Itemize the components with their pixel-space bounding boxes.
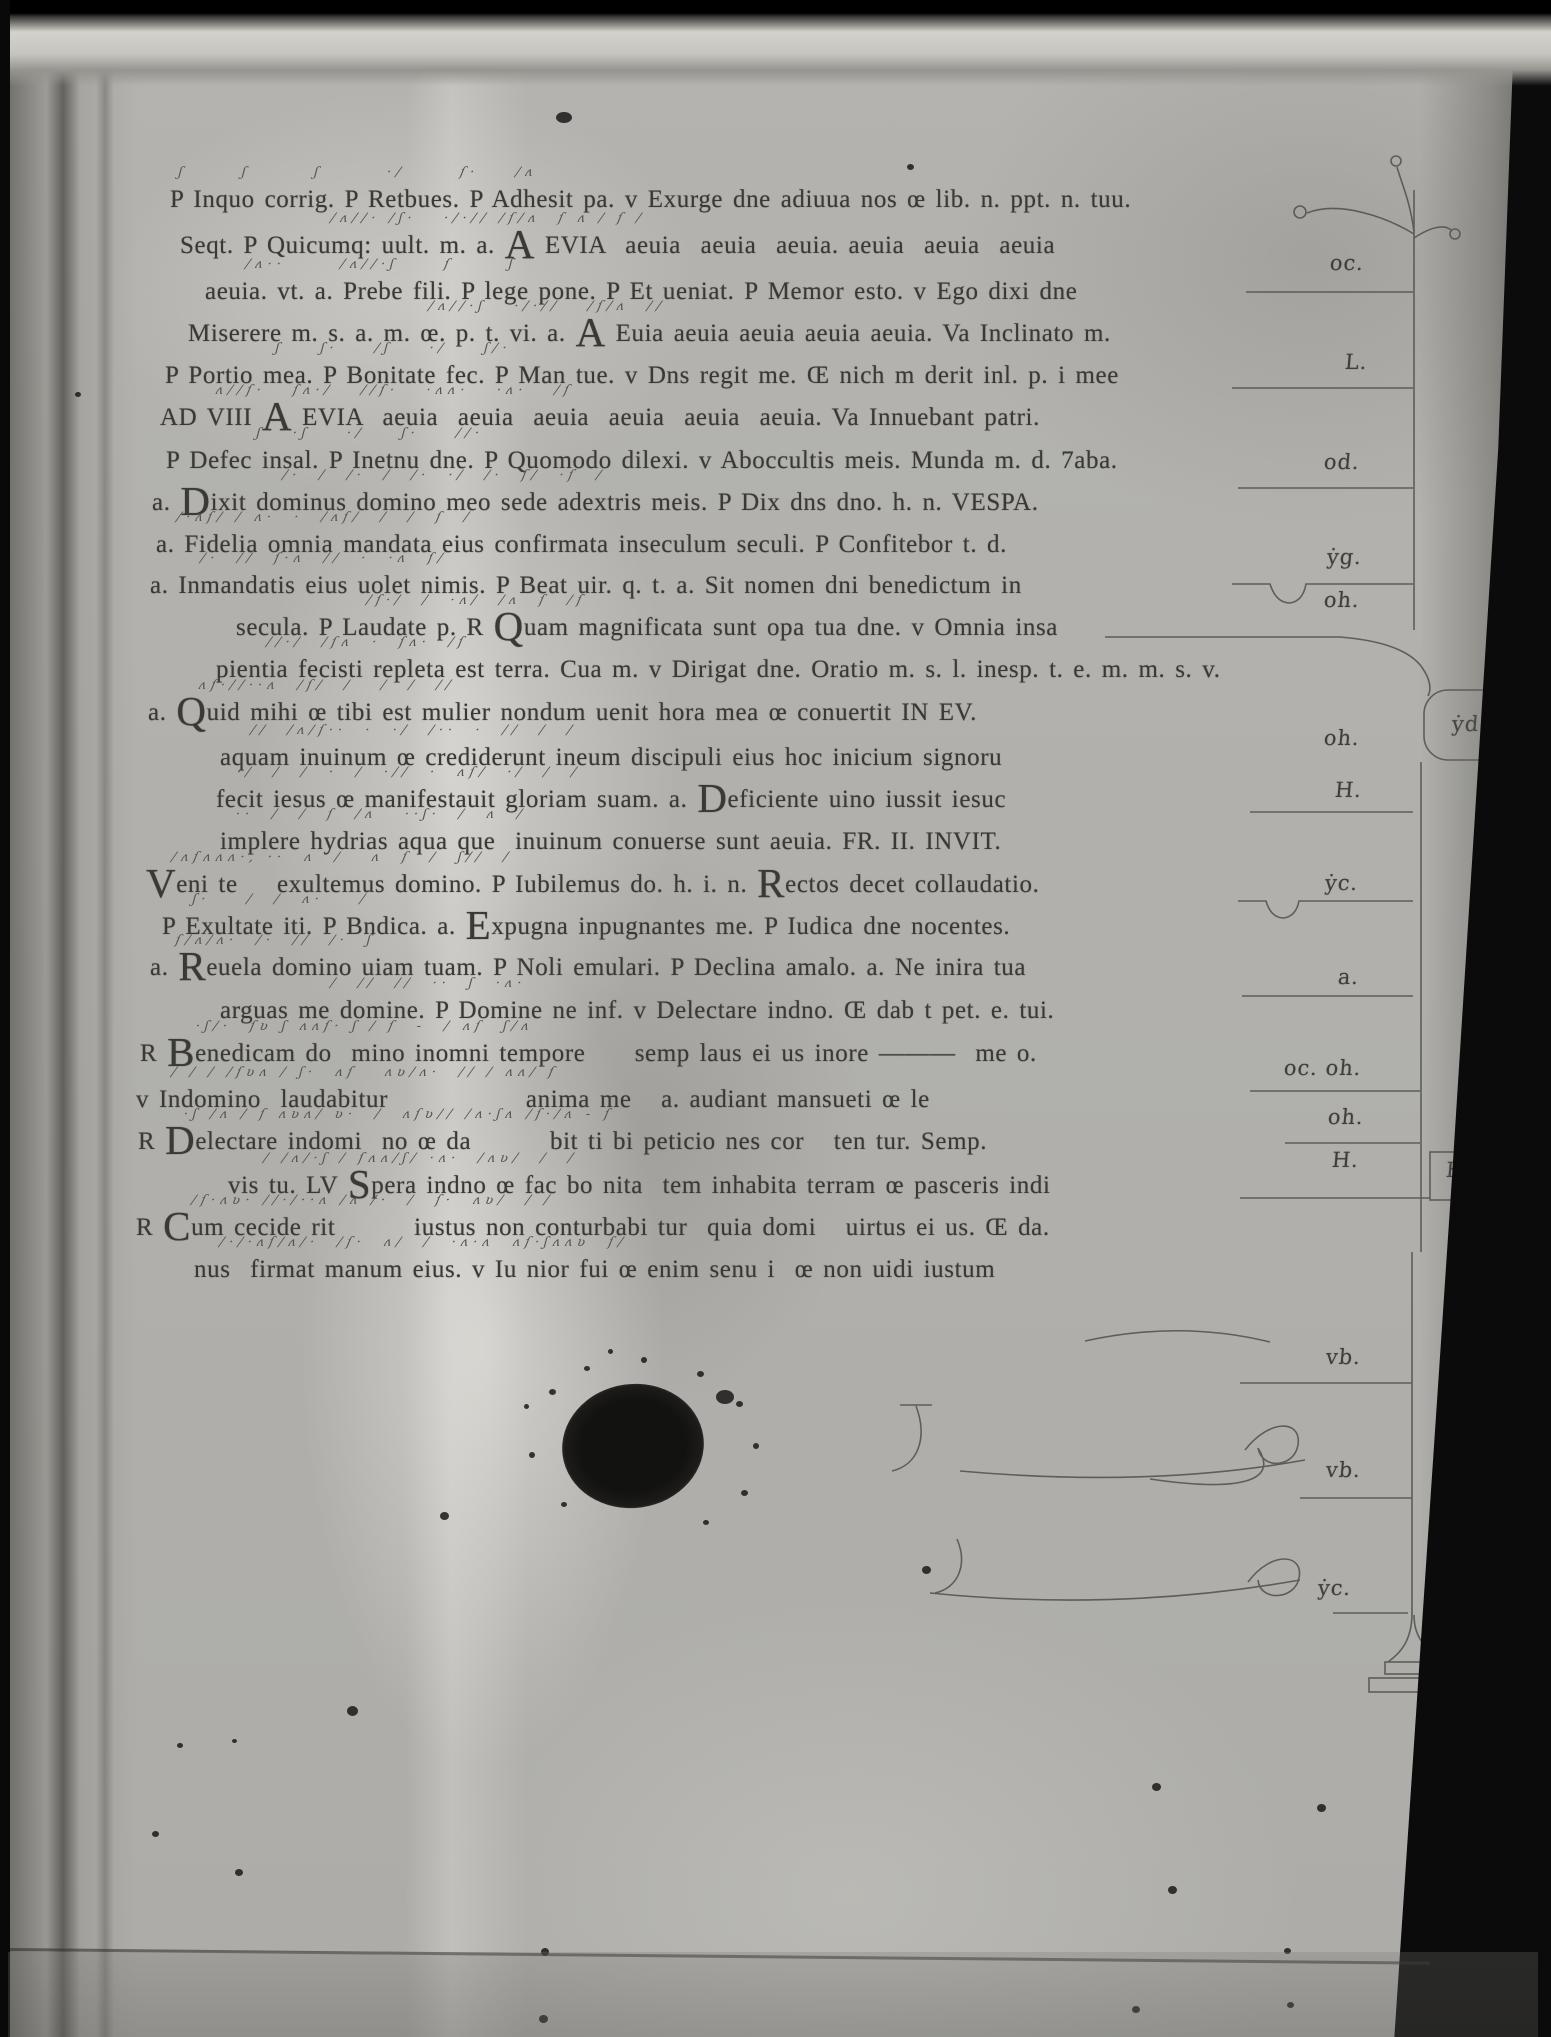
margin-label: L. bbox=[1344, 350, 1369, 374]
margin-label: oh. bbox=[1323, 726, 1361, 750]
margin-label: oc. oh. bbox=[1283, 1056, 1363, 1080]
ink-speck bbox=[697, 1371, 704, 1377]
margin-label: oc. bbox=[1329, 251, 1365, 275]
margin-label: a. bbox=[1337, 965, 1360, 989]
ink-speck bbox=[235, 1869, 243, 1876]
j-mark-line23 bbox=[892, 1405, 932, 1471]
margin-label: H. bbox=[1331, 1148, 1360, 1172]
ink-speck bbox=[177, 1743, 183, 1748]
ink-speck bbox=[1168, 1886, 1177, 1894]
ink-speck bbox=[232, 1739, 237, 1743]
margin-label: H. bbox=[1334, 778, 1363, 802]
ink-speck bbox=[741, 1490, 748, 1496]
ink-speck bbox=[529, 1452, 535, 1458]
ink-speck bbox=[347, 1706, 358, 1716]
ink-speck bbox=[152, 1831, 159, 1837]
ink-speck bbox=[440, 1512, 449, 1520]
ink-speck bbox=[922, 1566, 931, 1574]
parchment-tail-edge bbox=[8, 1952, 1538, 2037]
ink-speck bbox=[716, 1390, 734, 1404]
j-mark-line25 bbox=[935, 1539, 961, 1593]
photo-top-edge bbox=[0, 0, 1551, 86]
ink-speck bbox=[1152, 1783, 1161, 1791]
ink-speck bbox=[524, 1404, 529, 1409]
ink-speck bbox=[549, 1389, 556, 1395]
margin-label: vb. bbox=[1325, 1458, 1362, 1482]
ink-speck bbox=[703, 1520, 709, 1525]
manuscript-photo: ʃ ʃ ʃ ·∕ ſ· ∕ʌP Inquo corrig. P Retbues.… bbox=[0, 0, 1551, 2037]
flourish-line21 bbox=[1085, 1331, 1270, 1342]
margin-label: oh. bbox=[1323, 588, 1361, 612]
margin-label: od. bbox=[1323, 450, 1361, 474]
ink-speck bbox=[753, 1443, 759, 1449]
margin-label: ẏc. bbox=[1324, 871, 1359, 895]
photo-left-edge bbox=[0, 0, 10, 2037]
ink-speck bbox=[584, 1366, 590, 1371]
ink-speck bbox=[75, 392, 81, 397]
ink-speck bbox=[608, 1349, 613, 1354]
margin-ruling-svg bbox=[0, 0, 1551, 2037]
ink-speck bbox=[561, 1502, 567, 1507]
ink-speck bbox=[907, 164, 914, 170]
margin-label: vb. bbox=[1325, 1345, 1362, 1369]
margin-label: ẏg. bbox=[1326, 545, 1363, 569]
margin-label: oh. bbox=[1327, 1105, 1365, 1129]
ink-speck bbox=[1317, 1804, 1326, 1812]
ink-speck bbox=[556, 112, 572, 123]
spiral-line25 bbox=[1248, 1559, 1300, 1596]
margin-label: ẏc. bbox=[1317, 1576, 1352, 1600]
ink-speck bbox=[641, 1357, 647, 1363]
ink-speck bbox=[736, 1401, 743, 1407]
